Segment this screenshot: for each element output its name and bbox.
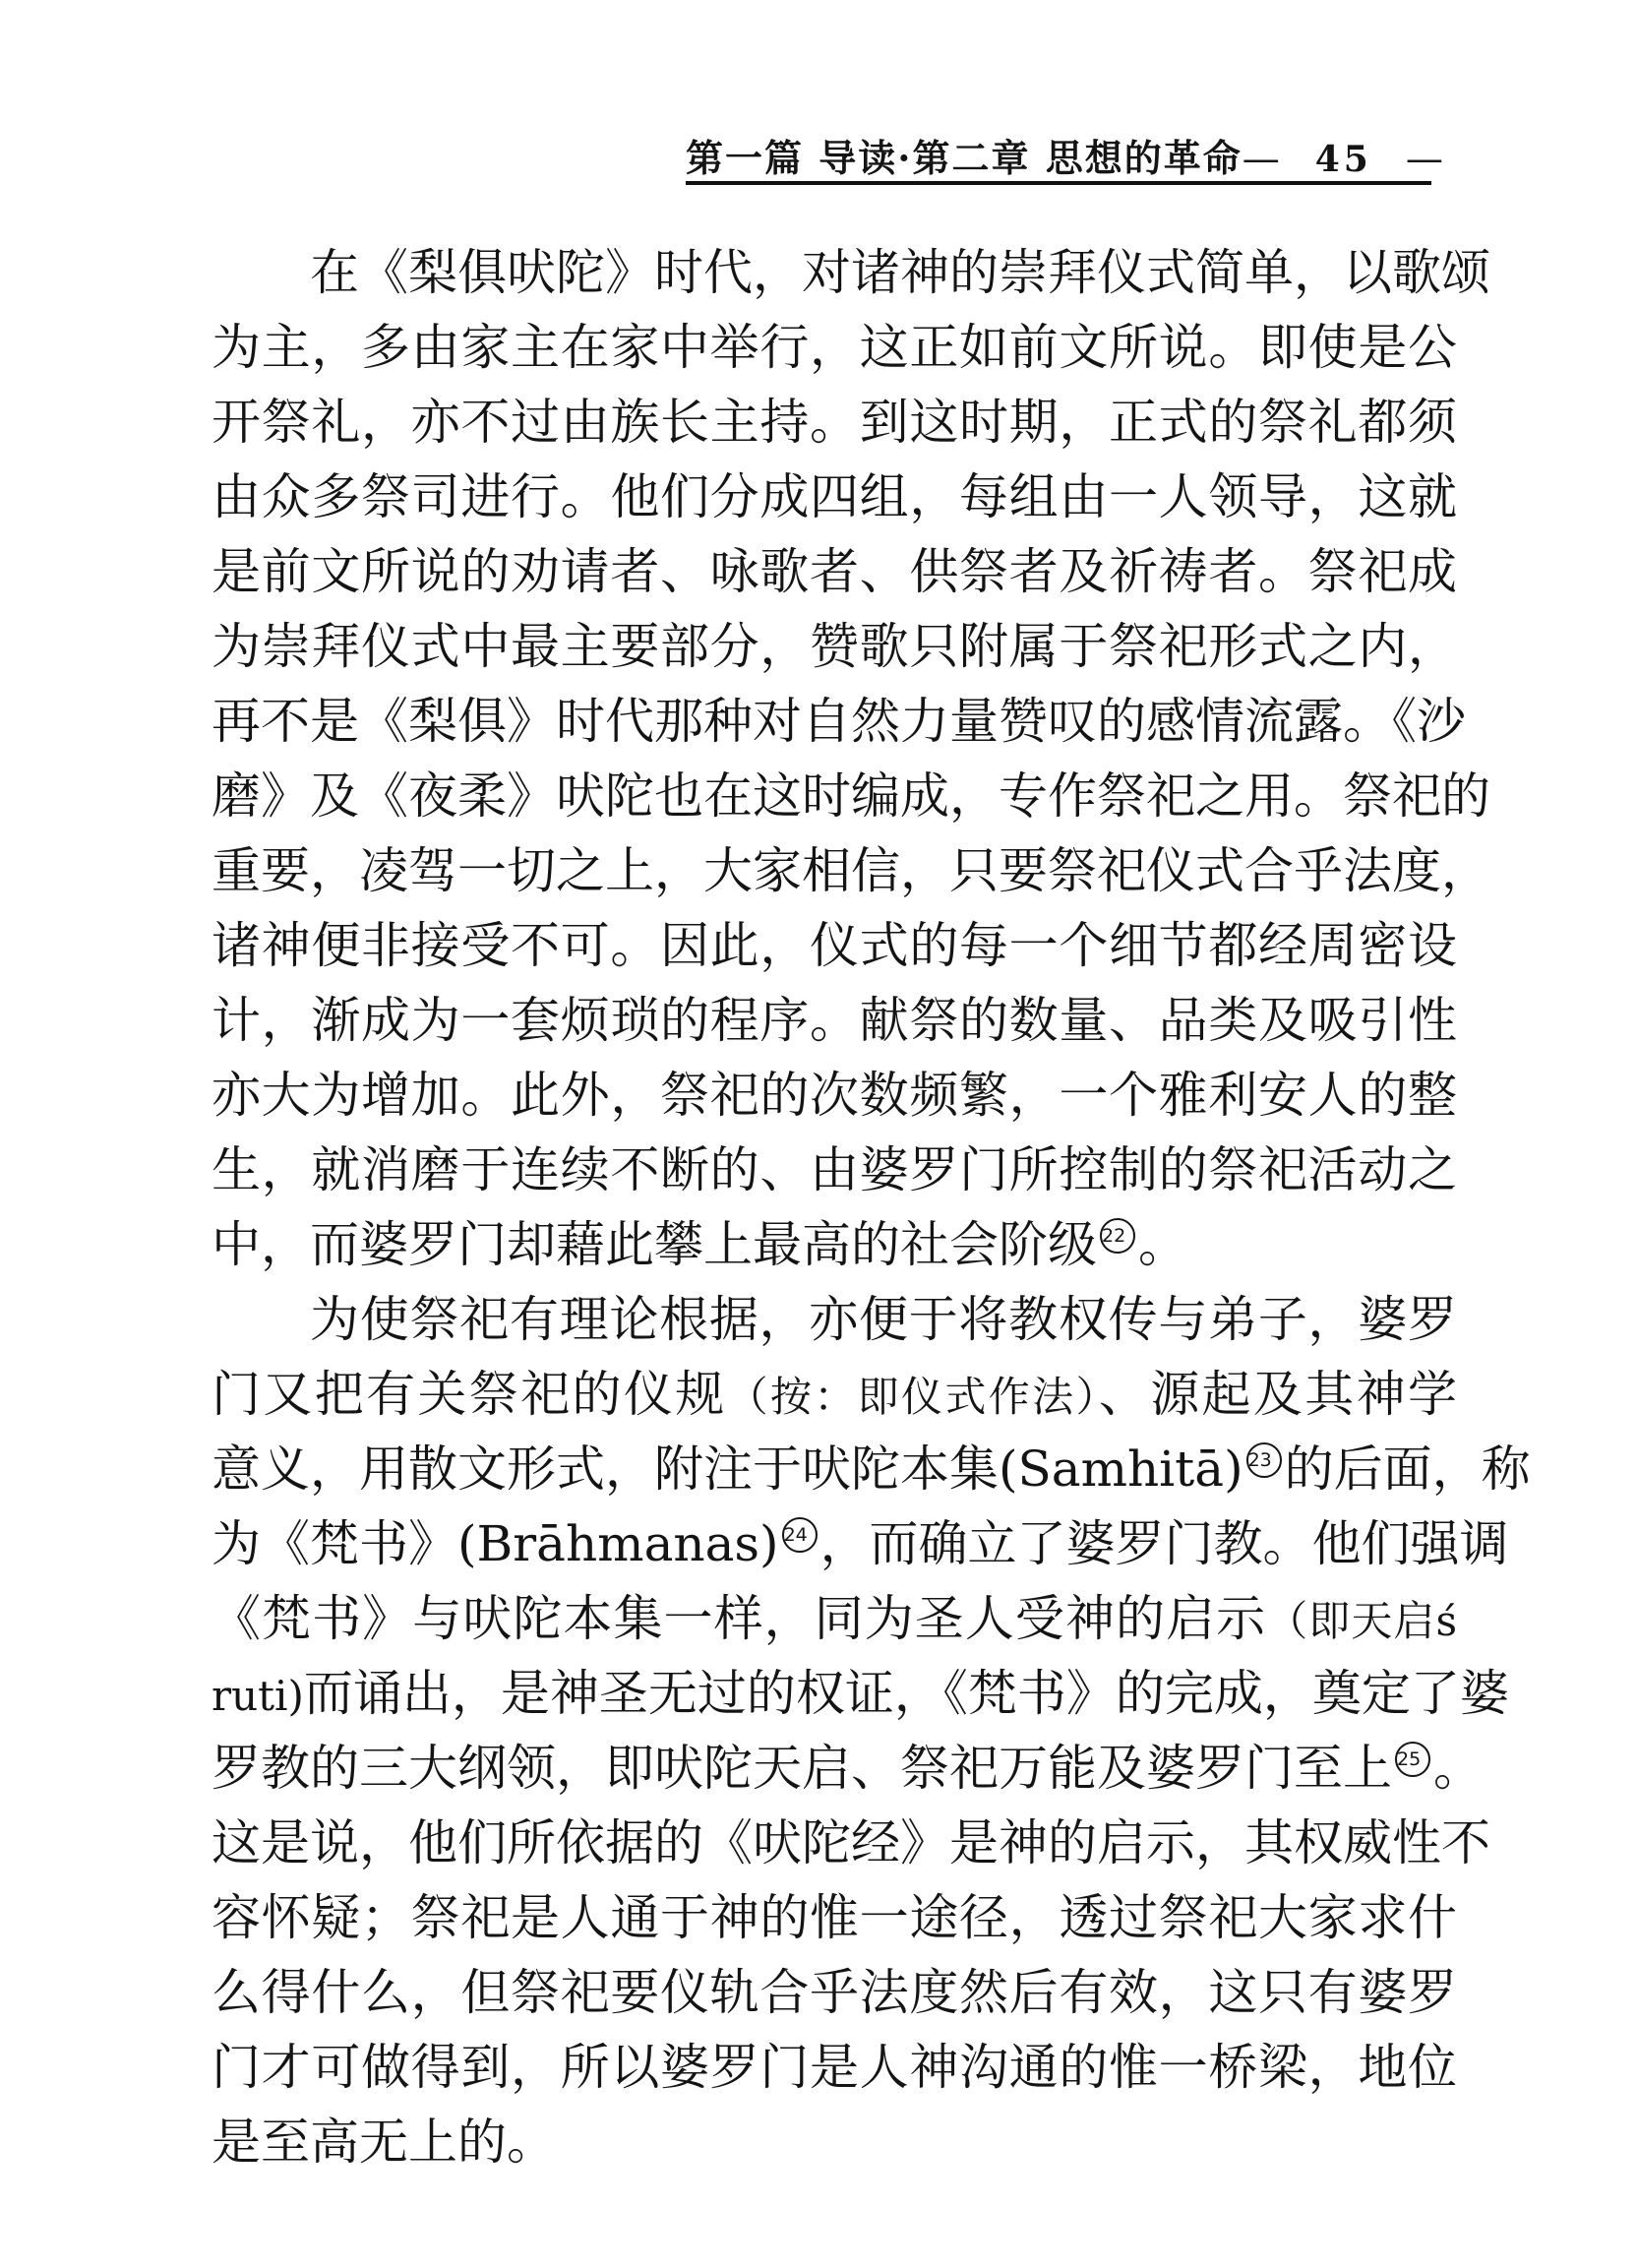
text-line: 为主，多由家主在家中举行，这正如前文所说。即使是公 [212, 310, 1457, 385]
running-header: 第一篇 导读·第二章 思想的革命 — 45 — [686, 128, 1431, 182]
text-line: 再不是《梨俱》时代那种对自然力量赞叹的感情流露。《沙 [212, 684, 1457, 759]
text-line: 计，渐成为一套烦琐的程序。献祭的数量、品类及吸引性 [212, 983, 1457, 1058]
text-segment: 磨》及《夜柔》吠陀也在这时编成，专作祭祀之用。祭祀的 [212, 767, 1490, 825]
text-segment: 门才可做得到，所以婆罗门是人神沟通的惟一桥梁，地位 [212, 2039, 1457, 2096]
text-line: 么得什么，但祭祀要仪轨合乎法度然后有效，这只有婆罗 [212, 1955, 1457, 2030]
text-segment: 中，而婆罗门却藉此攀上最高的社会阶级 [212, 1216, 1097, 1273]
text-line: 是至高无上的。 [212, 2105, 1457, 2179]
text-segment: 重要，凌驾一切之上，大家相信，只要祭祀仪式合乎法度， [212, 842, 1490, 899]
text-line: 由众多祭司进行。他们分成四组，每组由一人领导，这就 [212, 460, 1457, 534]
chapter-title: 第一篇 导读·第二章 思想的革命 [686, 128, 1243, 182]
text-segment: 是至高无上的。 [212, 2114, 556, 2171]
page-dash-left: — [1243, 137, 1282, 180]
text-line: ruti)而诵出，是神圣无过的权证，《梵书》的完成，奠定了婆 [212, 1656, 1457, 1731]
text-segment: 开祭礼，亦不过由族长主持。到这时期，正式的祭礼都须 [212, 394, 1457, 451]
text-line: 为《梵书》(Brāhmanas)24，而确立了婆罗门教。他们强调 [212, 1506, 1457, 1581]
text-line: 门才可做得到，所以婆罗门是人神沟通的惟一桥梁，地位 [212, 2030, 1457, 2105]
text-segment: 罗教的三大纲领，即吠陀天启、祭祀万能及婆罗门至上 [212, 1740, 1392, 1797]
text-segment: 为主，多由家主在家中举行，这正如前文所说。即使是公 [212, 319, 1457, 376]
text-segment: 容怀疑；祭祀是人通于神的惟一途径，透过祭祀大家求什 [212, 1889, 1457, 1946]
text-line: 是前文所说的劝请者、咏歌者、供祭者及祈祷者。祭祀成 [212, 534, 1457, 609]
text-segment: （即天启ś [1266, 1597, 1457, 1645]
text-line: 《梵书》与吠陀本集一样，同为圣人受神的启示（即天启ś [212, 1581, 1457, 1656]
text-segment: 的后面，称 [1285, 1440, 1531, 1498]
text-line: 罗教的三大纲领，即吠陀天启、祭祀万能及婆罗门至上25。 [212, 1731, 1457, 1806]
text-segment: 由众多祭司进行。他们分成四组，每组由一人领导，这就 [212, 468, 1457, 525]
text-line: 诸神便非接受不可。因此，仪式的每一个细节都经周密设 [212, 908, 1457, 983]
text-line: 生，就消磨于连续不断的、由婆罗门所控制的祭祀活动之 [212, 1133, 1457, 1207]
header-rule [686, 181, 1431, 185]
text-segment: （按：即仪式作法） [727, 1373, 1099, 1421]
text-segment: 为使祭祀有理论根据，亦便于将教权传与弟子，婆罗 [310, 1291, 1457, 1348]
text-segment: 。 [1138, 1216, 1187, 1273]
page-number: 45 [1315, 139, 1372, 180]
text-segment: 在《梨俱吠陀》时代，对诸神的崇拜仪式简单，以歌颂 [310, 244, 1490, 301]
body-text: 在《梨俱吠陀》时代，对诸神的崇拜仪式简单，以歌颂为主，多由家主在家中举行，这正如… [212, 235, 1457, 2179]
footnote-ref: 22 [1100, 1218, 1135, 1254]
text-line: 这是说，他们所依据的《吠陀经》是神的启示，其权威性不 [212, 1806, 1457, 1880]
text-segment: 为崇拜仪式中最主要部分，赞歌只附属于祭祀形式之内， [212, 618, 1457, 675]
text-segment: 是前文所说的劝请者、咏歌者、供祭者及祈祷者。祭祀成 [212, 543, 1457, 600]
page-number-block: — 45 — [1243, 137, 1445, 180]
text-line: 重要，凌驾一切之上，大家相信，只要祭祀仪式合乎法度， [212, 833, 1457, 908]
text-segment: 为《梵书》(Brāhmanas) [212, 1515, 779, 1572]
text-line: 容怀疑；祭祀是人通于神的惟一途径，透过祭祀大家求什 [212, 1880, 1457, 1955]
text-segment: 这是说，他们所依据的《吠陀经》是神的启示，其权威性不 [212, 1814, 1490, 1871]
text-line: 意义，用散文形式，附注于吠陀本集(Samhitā)23的后面，称 [212, 1432, 1457, 1506]
text-line: 中，而婆罗门却藉此攀上最高的社会阶级22。 [212, 1207, 1457, 1282]
text-line: 门又把有关祭祀的仪规（按：即仪式作法）、源起及其神学 [212, 1357, 1457, 1432]
text-segment: 意义，用散文形式，附注于吠陀本集(Samhitā) [212, 1440, 1243, 1498]
text-line: 在《梨俱吠陀》时代，对诸神的崇拜仪式简单，以歌颂 [212, 235, 1457, 310]
text-segment: ruti) [212, 1672, 304, 1720]
footnote-ref: 25 [1395, 1742, 1430, 1777]
text-line: 开祭礼，亦不过由族长主持。到这时期，正式的祭礼都须 [212, 385, 1457, 460]
footnote-ref: 23 [1246, 1442, 1282, 1478]
text-segment: 计，渐成为一套烦琐的程序。献祭的数量、品类及吸引性 [212, 992, 1457, 1049]
text-segment: 诸神便非接受不可。因此，仪式的每一个细节都经周密设 [212, 917, 1457, 974]
text-segment: 而诵出，是神圣无过的权证，《梵书》的完成，奠定了婆 [304, 1665, 1509, 1722]
text-segment: 、源起及其神学 [1099, 1366, 1457, 1423]
text-line: 为崇拜仪式中最主要部分，赞歌只附属于祭祀形式之内， [212, 609, 1457, 684]
text-segment: 。 [1433, 1740, 1483, 1797]
text-segment: 《梵书》与吠陀本集一样，同为圣人受神的启示 [212, 1590, 1266, 1647]
page-dash-right: — [1406, 137, 1445, 180]
text-segment: 亦大为增加。此外，祭祀的次数频繁，一个雅利安人的整 [212, 1067, 1457, 1124]
text-segment: 门又把有关祭祀的仪规 [212, 1366, 727, 1423]
book-page: 第一篇 导读·第二章 思想的革命 — 45 — 在《梨俱吠陀》时代，对诸神的崇拜… [0, 0, 1637, 2268]
footnote-ref: 24 [782, 1517, 818, 1553]
text-line: 磨》及《夜柔》吠陀也在这时编成，专作祭祀之用。祭祀的 [212, 759, 1457, 833]
text-line: 亦大为增加。此外，祭祀的次数频繁，一个雅利安人的整 [212, 1058, 1457, 1133]
text-segment: ，而确立了婆罗门教。他们强调 [820, 1515, 1509, 1572]
text-segment: 生，就消磨于连续不断的、由婆罗门所控制的祭祀活动之 [212, 1141, 1457, 1198]
text-line: 为使祭祀有理论根据，亦便于将教权传与弟子，婆罗 [212, 1282, 1457, 1357]
text-segment: 么得什么，但祭祀要仪轨合乎法度然后有效，这只有婆罗 [212, 1964, 1457, 2021]
text-segment: 再不是《梨俱》时代那种对自然力量赞叹的感情流露。《沙 [212, 693, 1466, 750]
